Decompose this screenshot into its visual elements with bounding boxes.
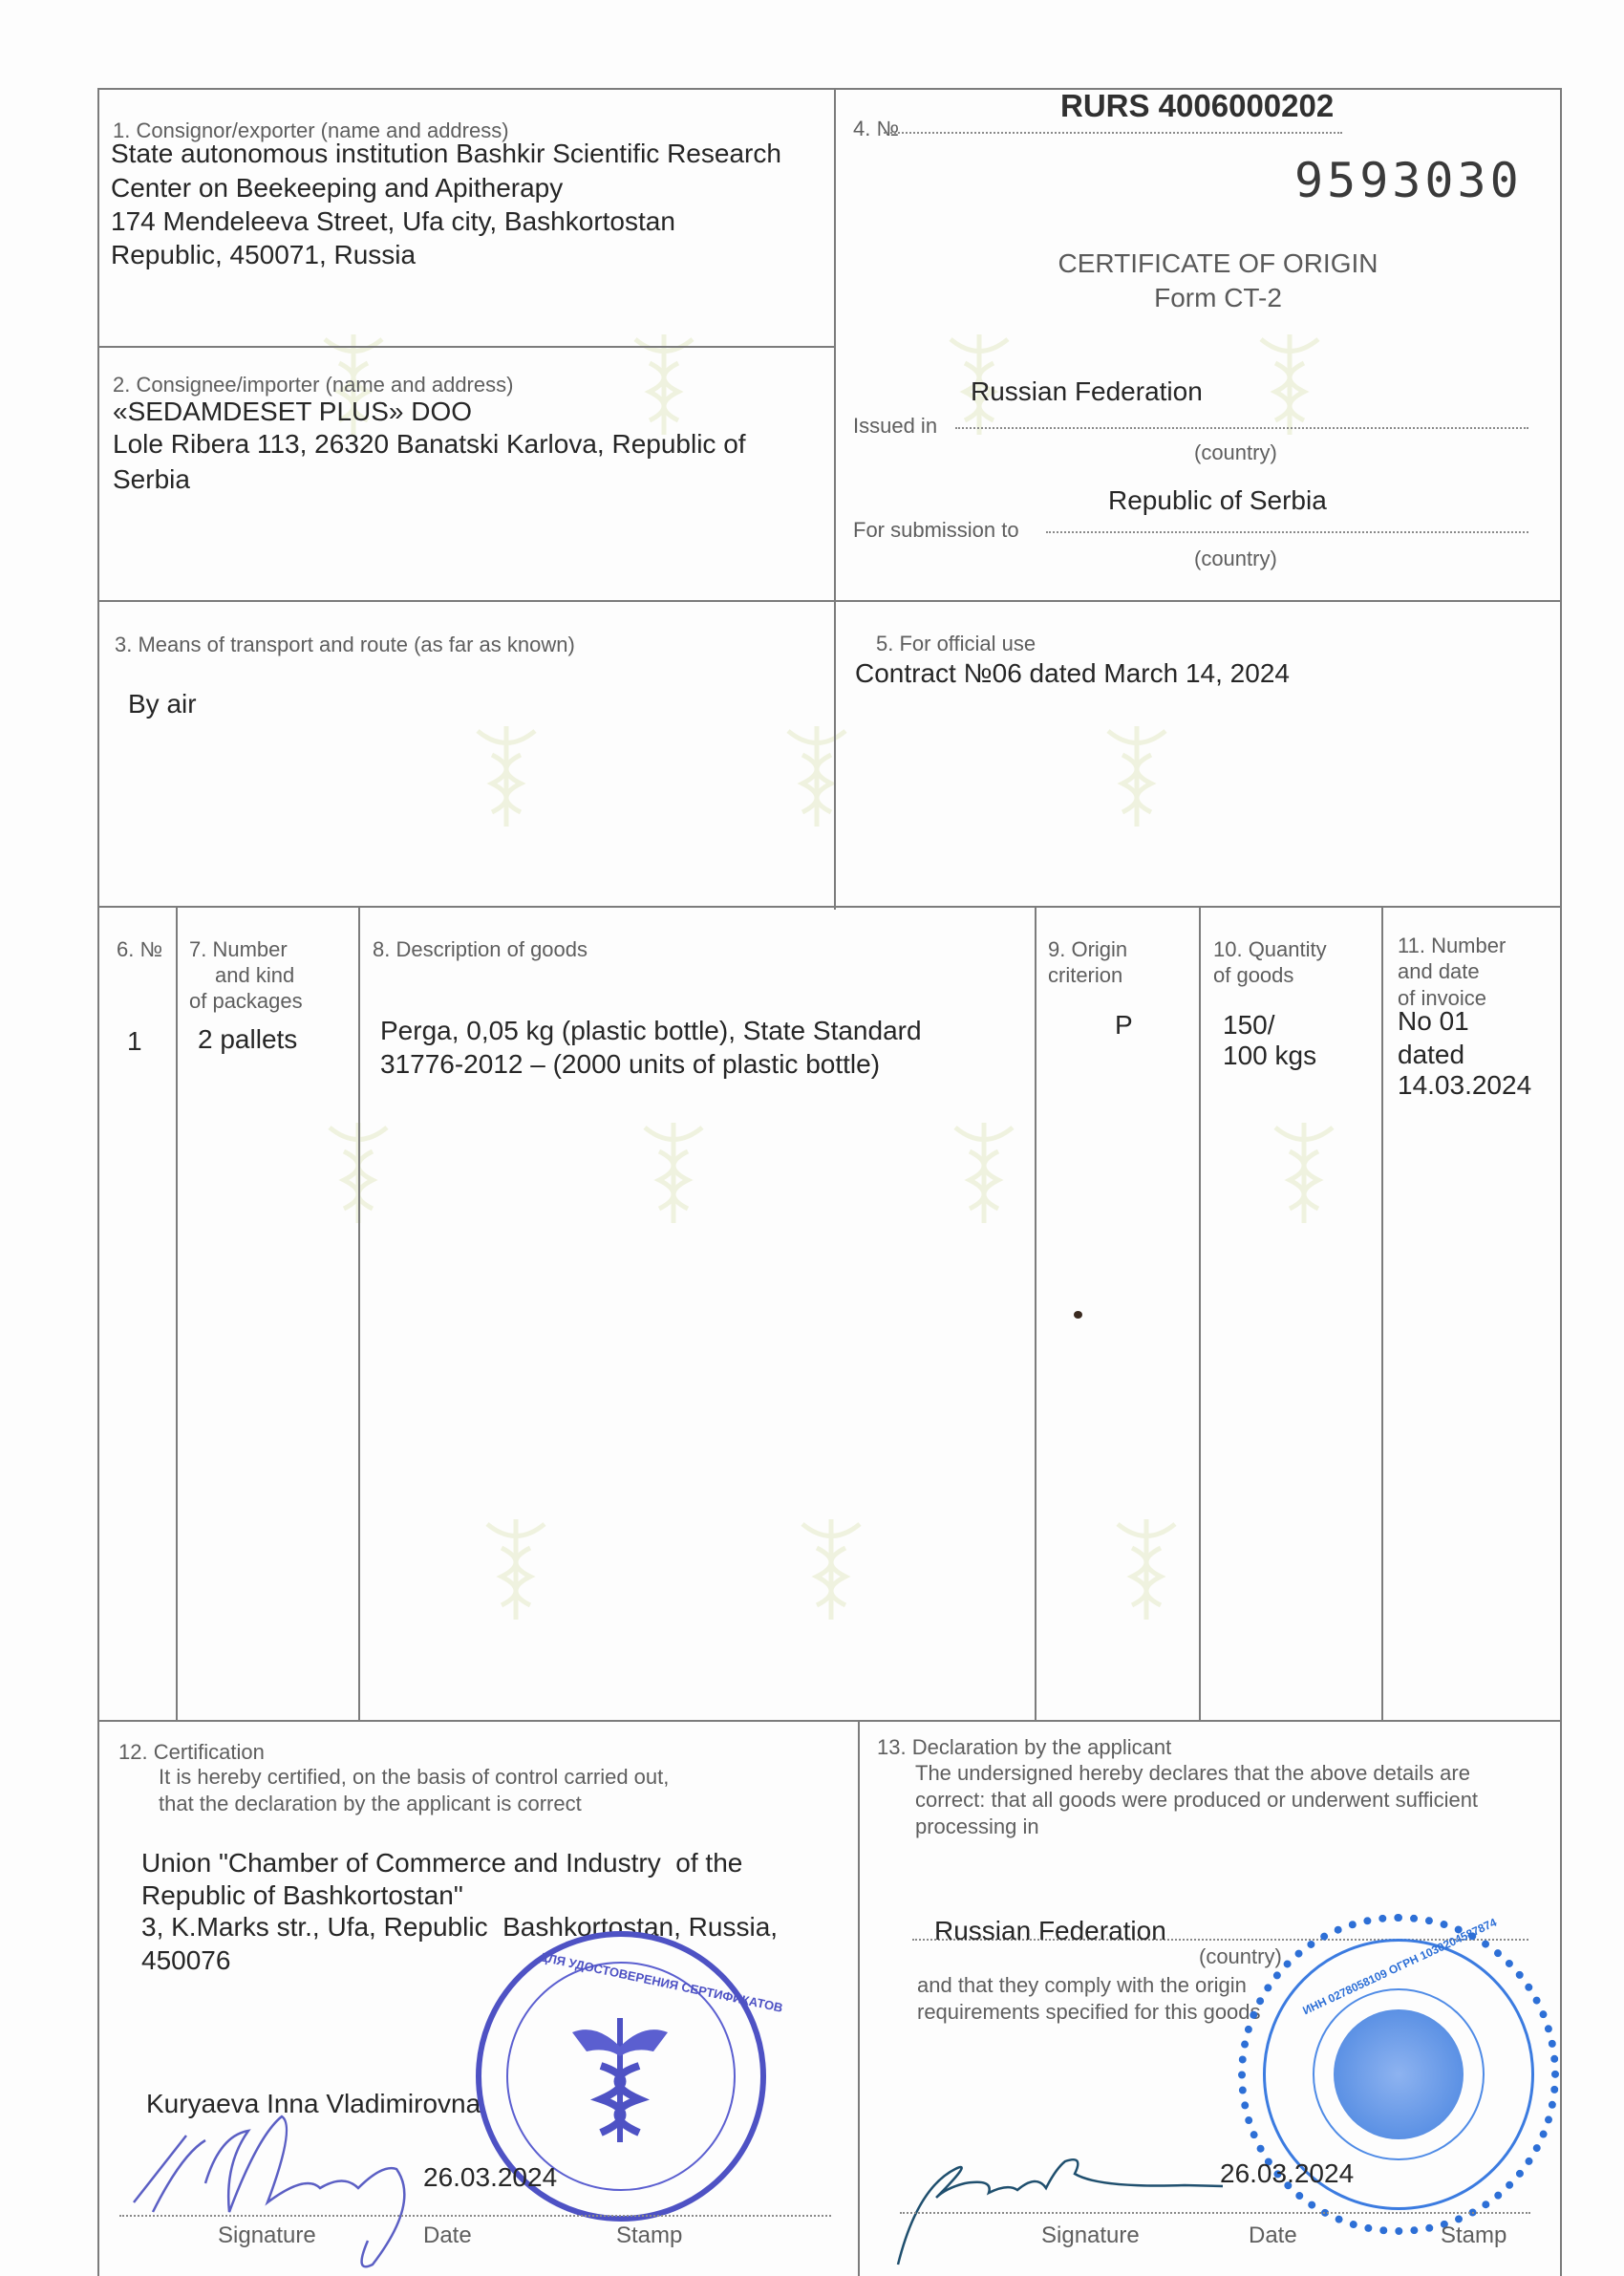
caduceus-watermark-icon bbox=[1108, 1510, 1185, 1624]
box13-label: 13. Declaration by the applicant bbox=[877, 1734, 1171, 1760]
certifying-authority-line3: 3, K.Marks str., Ufa, Republic Bashkorto… bbox=[141, 1911, 778, 1943]
consignee-line-1: «SEDAMDESET PLUS» DOO bbox=[113, 396, 472, 428]
caduceus-watermark-icon bbox=[635, 1113, 712, 1228]
frame-right bbox=[1560, 88, 1562, 2276]
row-packages: 2 pallets bbox=[198, 1023, 297, 1056]
submission-label: For submission to bbox=[853, 517, 1019, 543]
certifying-authority-line1: Union "Chamber of Commerce and Industry … bbox=[141, 1847, 742, 1879]
bashkortostan-emblem-icon bbox=[1334, 2009, 1464, 2139]
frame-top bbox=[97, 88, 1562, 90]
issued-in-caption: (country) bbox=[1194, 440, 1277, 465]
caduceus-watermark-icon bbox=[1251, 325, 1328, 440]
ink-spot bbox=[1074, 1311, 1082, 1319]
consignee-line-3: Serbia bbox=[113, 463, 190, 496]
caduceus-watermark-icon bbox=[1266, 1113, 1342, 1228]
box12-stamp-caption: Stamp bbox=[616, 2222, 682, 2248]
caduceus-watermark-icon bbox=[946, 1113, 1022, 1228]
col11-header-line2: and date bbox=[1398, 958, 1480, 984]
col-divider-10-11 bbox=[1381, 906, 1383, 1720]
box12-signature-caption: Signature bbox=[218, 2222, 316, 2248]
divider-box3-table bbox=[97, 906, 1562, 908]
box13-stamp-caption: Stamp bbox=[1441, 2222, 1506, 2248]
row-invoice-line2: dated bbox=[1398, 1039, 1464, 1071]
caduceus-watermark-icon bbox=[468, 717, 545, 831]
divider-box1-box2 bbox=[97, 346, 834, 348]
box4-number-dotted-line bbox=[884, 132, 1342, 134]
box4-label: 4. № bbox=[853, 116, 899, 141]
row-invoice-line3: 14.03.2024 bbox=[1398, 1069, 1531, 1102]
col6-header: 6. № bbox=[117, 936, 162, 962]
box13-text-line2: correct: that all goods were produced or… bbox=[915, 1787, 1478, 1813]
col7-header-line3: of packages bbox=[189, 988, 303, 1014]
divider-table-bottom bbox=[97, 1720, 1562, 1722]
divider-box12-box13 bbox=[858, 1720, 860, 2276]
box3-label: 3. Means of transport and route (as far … bbox=[115, 632, 575, 657]
divider-top-middle bbox=[834, 88, 836, 910]
col10-header-line1: 10. Quantity bbox=[1213, 936, 1327, 962]
box13-country-caption: (country) bbox=[1199, 1943, 1282, 1969]
consignor-line-4: Republic, 450071, Russia bbox=[111, 239, 416, 271]
issued-in-value: Russian Federation bbox=[971, 376, 1203, 408]
col11-header-line1: 11. Number bbox=[1398, 933, 1506, 958]
col9-header-line2: criterion bbox=[1048, 962, 1122, 988]
consignee-line-2: Lole Ribera 113, 26320 Banatski Karlova,… bbox=[113, 428, 746, 461]
box12-text-line2: that the declaration by the applicant is… bbox=[159, 1791, 582, 1816]
row-invoice-line1: No 01 bbox=[1398, 1005, 1469, 1038]
col7-header-line2: and kind bbox=[215, 962, 294, 988]
col-divider-6-7 bbox=[176, 906, 178, 1720]
box12-date-caption: Date bbox=[423, 2222, 472, 2248]
box13-country-value: Russian Federation bbox=[934, 1915, 1166, 1947]
box13-text2-line2: requirements specified for this goods bbox=[917, 1999, 1261, 2025]
col9-header-line1: 9. Origin bbox=[1048, 936, 1127, 962]
caduceus-stamp-icon bbox=[567, 2004, 673, 2147]
box12-label: 12. Certification bbox=[118, 1739, 265, 1765]
box13-date: 26.03.2024 bbox=[1220, 2158, 1354, 2190]
box13-text2-line1: and that they comply with the origin bbox=[917, 1972, 1247, 1998]
box2-label: 2. Consignee/importer (name and address) bbox=[113, 372, 513, 397]
box13-signature-line bbox=[900, 2212, 1530, 2214]
box12-text-line1: It is hereby certified, on the basis of … bbox=[159, 1764, 669, 1790]
box12-date: 26.03.2024 bbox=[423, 2161, 557, 2194]
box5-label: 5. For official use bbox=[876, 631, 1036, 656]
caduceus-watermark-icon bbox=[779, 717, 855, 831]
box12-signature-line bbox=[119, 2215, 831, 2217]
row-description-line2: 31776-2012 – (2000 units of plastic bott… bbox=[380, 1048, 880, 1081]
box13-text-line3: processing in bbox=[915, 1814, 1039, 1839]
col7-header-line1: 7. Number bbox=[189, 936, 288, 962]
certifying-authority-line4: 450076 bbox=[141, 1944, 230, 1977]
col-divider-8-9 bbox=[1035, 906, 1036, 1720]
box13-signature-caption: Signature bbox=[1041, 2222, 1140, 2248]
caduceus-watermark-icon bbox=[793, 1510, 869, 1624]
row-description-line1: Perga, 0,05 kg (plastic bottle), State S… bbox=[380, 1015, 922, 1047]
certificate-form: Form CT-2 bbox=[979, 283, 1457, 313]
serial-number: 9593030 bbox=[1294, 153, 1523, 208]
row-number: 1 bbox=[127, 1025, 142, 1058]
row-quantity-line1: 150/ bbox=[1223, 1009, 1275, 1041]
col-divider-7-8 bbox=[358, 906, 360, 1720]
row-origin-criterion: P bbox=[1115, 1009, 1133, 1041]
issued-in-dotted-line bbox=[955, 427, 1528, 429]
row-quantity-line2: 100 kgs bbox=[1223, 1040, 1316, 1072]
submission-caption: (country) bbox=[1194, 546, 1277, 571]
submission-value: Republic of Serbia bbox=[1108, 484, 1327, 517]
divider-box2-box3 bbox=[97, 600, 1562, 602]
consignor-line-2: Center on Beekeeping and Apitherapy bbox=[111, 172, 563, 204]
certificate-number: RURS 4006000202 bbox=[1060, 88, 1334, 124]
col-divider-9-10 bbox=[1199, 906, 1201, 1720]
box13-date-caption: Date bbox=[1249, 2222, 1297, 2248]
col8-header: 8. Description of goods bbox=[373, 936, 588, 962]
submission-dotted-line bbox=[1046, 531, 1528, 533]
certificate-of-origin-page: 1. Consignor/exporter (name and address)… bbox=[0, 0, 1624, 2276]
official-use-value: Contract №06 dated March 14, 2024 bbox=[855, 657, 1290, 690]
caduceus-watermark-icon bbox=[626, 325, 702, 440]
transport-value: By air bbox=[128, 688, 197, 720]
signature-box13 bbox=[879, 2131, 1261, 2274]
caduceus-watermark-icon bbox=[478, 1510, 554, 1624]
box13-text-line1: The undersigned hereby declares that the… bbox=[915, 1760, 1470, 1786]
consignor-line-3: 174 Mendeleeva Street, Ufa city, Bashkor… bbox=[111, 205, 675, 238]
consignor-line-1: State autonomous institution Bashkir Sci… bbox=[111, 138, 781, 170]
issued-in-label: Issued in bbox=[853, 413, 937, 439]
caduceus-watermark-icon bbox=[1099, 717, 1175, 831]
certifying-authority-line2: Republic of Bashkortostan" bbox=[141, 1879, 463, 1912]
frame-left bbox=[97, 88, 99, 2276]
col10-header-line2: of goods bbox=[1213, 962, 1293, 988]
certificate-title: CERTIFICATE OF ORIGIN bbox=[979, 248, 1457, 279]
